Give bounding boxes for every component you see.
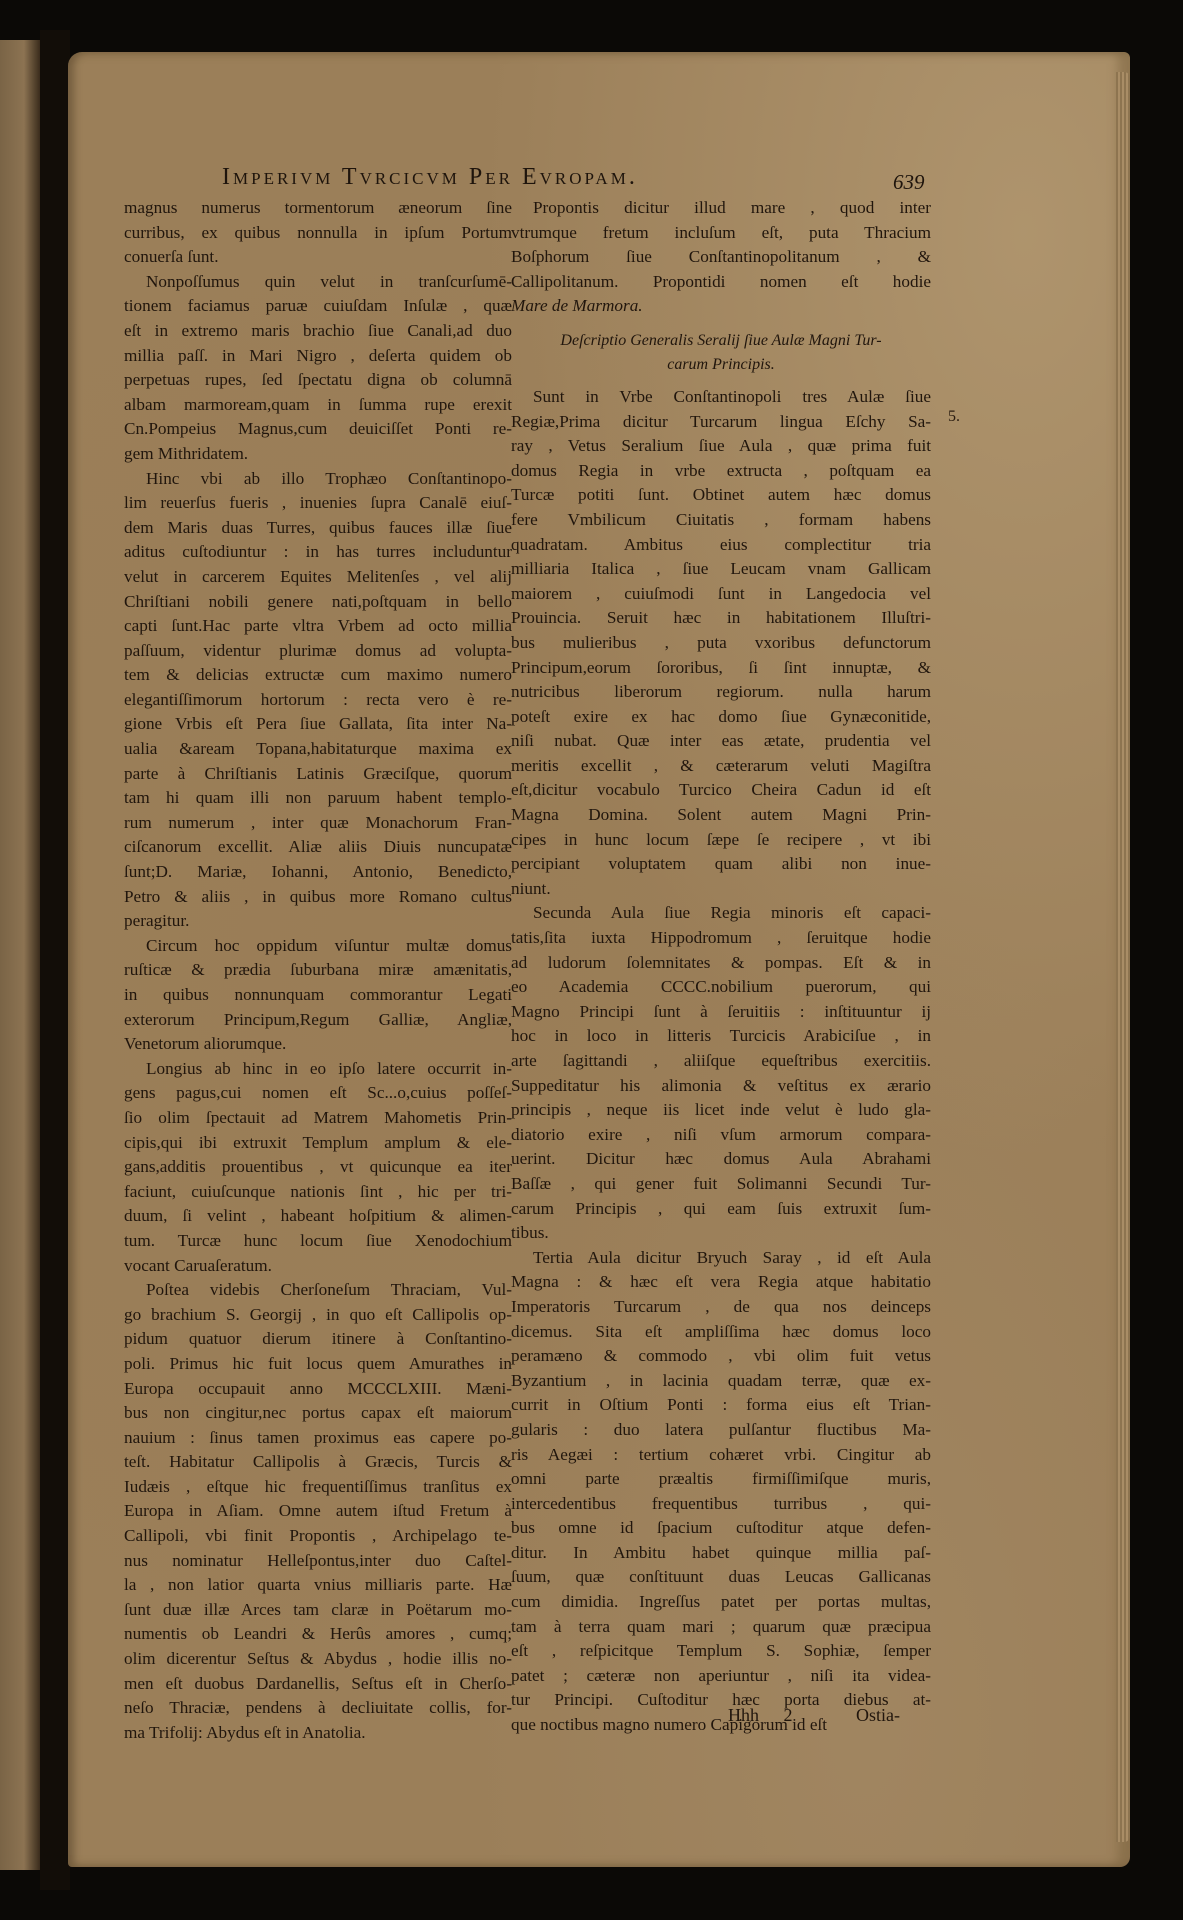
text-line: lim reuerſus fueris , inuenies ſupra Can… — [124, 491, 512, 516]
text-line: gens pagus,cui nomen eſt Sc...o,cuius po… — [124, 1081, 512, 1106]
text-line: poteſt exire ex hac domo ſiue Gynæconiti… — [511, 705, 931, 730]
text-line: milliaria Italica , ſiue Leucam vnam Gal… — [511, 557, 931, 582]
text-line: men eſt duobus Dardanellis, Seſtus eſt i… — [124, 1672, 512, 1697]
text-line: carum Principis , qui eam ſuis extruxit … — [511, 1197, 931, 1222]
text-line: vtrumque fretum incluſum eſt, puta Thrac… — [511, 221, 931, 246]
text-line: perpetuas rupes, ſed ſpectatu digna ob c… — [124, 368, 512, 393]
text-line: domus Regia in vrbe extructa , poſtquam … — [511, 459, 931, 484]
text-line: eſt in extremo maris brachio ſiue Canali… — [124, 319, 512, 344]
text-line: gem Mithridatem. — [124, 442, 512, 467]
book-gutter — [40, 30, 70, 1890]
text-line: Chriſtiani nobili genere nati,poſtquam i… — [124, 590, 512, 615]
text-line: olim dicerentur Seſtus & Abydus , hodie … — [124, 1647, 512, 1672]
text-line: eo Academia CCCC.nobilium puerorum, qui — [511, 975, 931, 1000]
text-line: paſſuum, videntur plurimæ domus ad volup… — [124, 639, 512, 664]
text-line: arte ſagittandi , aliiſque equeſtribus e… — [511, 1049, 931, 1074]
text-line: ualia &aream Topana,habitaturque maxima … — [124, 737, 512, 762]
text-line: currit in Oſtium Ponti : forma eius eſt … — [511, 1393, 931, 1418]
text-line: Callipolitanum. Propontidi nomen eſt hod… — [511, 270, 931, 295]
text-line: niſi nubat. Quæ inter eas ætate, prudent… — [511, 729, 931, 754]
text-line: Nonpoſſumus quin velut in tranſcurſumē- — [124, 270, 512, 295]
text-line: ray , Vetus Seralium ſiue Aula , quæ pri… — [511, 434, 931, 459]
text-line: tem & delicias extructæ cum maximo numer… — [124, 663, 512, 688]
text-line: Suppeditatur his alimonia & veſtitus ex … — [511, 1074, 931, 1099]
text-line: neſo Thraciæ, pendens à decliuitate coll… — [124, 1696, 512, 1721]
text-line: ſunt duæ illæ Arces tam claræ in Poëtaru… — [124, 1598, 512, 1623]
text-line: ciſcanorum excellit. Aliæ aliis Diuis nu… — [124, 835, 512, 860]
text-line: magnus numerus tormentorum æneorum ſine — [124, 196, 512, 221]
text-line: dicemus. Sita eſt ampliſſima hæc domus l… — [511, 1320, 931, 1345]
text-line: Mare de Marmora. — [511, 294, 931, 319]
text-line: gularis : duo latera pulſantur fluctibus… — [511, 1418, 931, 1443]
text-line: bus omne id ſpacium cuſtoditur atque def… — [511, 1516, 931, 1541]
text-line: principis , neque iis licet inde velut è… — [511, 1098, 931, 1123]
text-line: tionem faciamus paruæ cuiuſdam Inſulæ , … — [124, 294, 512, 319]
text-line: Propontis dicitur illud mare , quod inte… — [511, 196, 931, 221]
text-line: peramæno & commodo , vbi olim fuit vetus — [511, 1344, 931, 1369]
left-column: magnus numerus tormentorum æneorum ſinec… — [124, 196, 512, 1745]
text-line: Magna Domina. Solent autem Magni Prin- — [511, 803, 931, 828]
previous-page-edge — [0, 40, 40, 1870]
text-line: tibus. — [511, 1221, 931, 1246]
section-heading: Deſcriptio Generalis Seralij ſiue Aulæ M… — [511, 329, 931, 377]
text-line: Principum,eorum ſororibus, ſi ſint innup… — [511, 656, 931, 681]
text-line: exterorum Principum,Regum Galliæ, Angliæ… — [124, 1008, 512, 1033]
text-line: intercedentibus frequentibus turribus , … — [511, 1492, 931, 1517]
text-line: Circum hoc oppidum viſuntur multæ domus — [124, 934, 512, 959]
text-line: Tertia Aula dicitur Bryuch Saray , id eſ… — [511, 1246, 931, 1271]
signature-mark: Hhh 2 — [728, 1705, 793, 1726]
text-line: capti ſunt.Hac parte vltra Vrbem ad octo… — [124, 614, 512, 639]
text-line: niunt. — [511, 877, 931, 902]
text-line: ruſticæ & prædia ſuburbana miræ amænitat… — [124, 958, 512, 983]
text-line: albam marmoream,quam in ſumma rupe erexi… — [124, 393, 512, 418]
text-line: tum. Turcæ hunc locum ſiue Xenodochium — [124, 1229, 512, 1254]
paragraph-prima-aula: Sunt in Vrbe Conſtantinopoli tres Aulæ ſ… — [511, 385, 931, 901]
text-line: ditur. In Ambitu habet quinque millia pa… — [511, 1541, 931, 1566]
text-line: bus non cingitur,nec portus capax eſt ma… — [124, 1401, 512, 1426]
text-line: Magna : & hæc eſt vera Regia atque habit… — [511, 1270, 931, 1295]
text-line: ad ludorum ſolemnitates & pompas. Eſt & … — [511, 951, 931, 976]
text-line: Poſtea videbis Cherſoneſum Thraciam, Vul… — [124, 1278, 512, 1303]
text-line: ma Trifolij: Abydus eſt in Anatolia. — [124, 1721, 512, 1746]
text-line: Imperatoris Turcarum , de qua nos deince… — [511, 1295, 931, 1320]
text-line: quadratam. Ambitus eius complectitur tri… — [511, 533, 931, 558]
text-line: gans,additis prouentibus , vt quicunque … — [124, 1155, 512, 1180]
text-line: nus nominatur Helleſpontus,inter duo Caſ… — [124, 1549, 512, 1574]
text-line: nauium : ſinus tamen proximus eas capere… — [124, 1426, 512, 1451]
heading-line: Deſcriptio Generalis Seralij ſiue Aulæ M… — [511, 329, 931, 353]
text-line: Venetorum aliorumque. — [124, 1032, 512, 1057]
text-line: bus mulieribus , puta vxoribus defunctor… — [511, 631, 931, 656]
text-line: Baſſæ , qui gener fuit Solimanni Secundi… — [511, 1172, 931, 1197]
text-line: fere Vmbilicum Ciuitatis , formam habens — [511, 508, 931, 533]
text-line: millia paſſ. in Mari Nigro , deſerta qui… — [124, 344, 512, 369]
text-line: cipis,qui ibi extruxit Templum amplum & … — [124, 1131, 512, 1156]
text-line: uerint. Dicitur hæc domus Aula Abrahami — [511, 1147, 931, 1172]
paragraph-tertia-aula: Tertia Aula dicitur Bryuch Saray , id eſ… — [511, 1246, 931, 1738]
text-line: teſt. Habitatur Callipolis à Græcis, Tur… — [124, 1450, 512, 1475]
text-line: Iudæis , eſtque hic frequentiſſimus tran… — [124, 1475, 512, 1500]
text-line: ſunt;D. Mariæ, Iohanni, Antonio, Benedic… — [124, 860, 512, 885]
text-line: meritis excellit , & cæterarum veluti Ma… — [511, 754, 931, 779]
text-line: Europa in Aſiam. Omne autem iſtud Fretum… — [124, 1499, 512, 1524]
text-line: hoc in loco in litteris Turcicis Arabici… — [511, 1024, 931, 1049]
text-line: peragitur. — [124, 909, 512, 934]
text-line: pidum quatuor dierum itinere à Conſtanti… — [124, 1327, 512, 1352]
text-line: la , non latior quarta vnius milliaris p… — [124, 1573, 512, 1598]
catchword: Ostia- — [856, 1705, 900, 1726]
text-line: conuerſa ſunt. — [124, 245, 512, 270]
page-number: 639 — [893, 170, 925, 195]
text-line: go brachium S. Georgij , in quo eſt Call… — [124, 1303, 512, 1328]
text-line: ſuum, quæ conſtituunt duas Leucas Gallic… — [511, 1565, 931, 1590]
text-line: faciunt, cuiuſcunque nationis ſint , hic… — [124, 1180, 512, 1205]
text-line: Byzantium , in lacinia quadam terræ, quæ… — [511, 1369, 931, 1394]
margin-mark: 5. — [948, 408, 960, 426]
text-line: aditus cuſtodiuntur : in has turres incl… — [124, 540, 512, 565]
text-line: Secunda Aula ſiue Regia minoris eſt capa… — [511, 901, 931, 926]
text-line: cipes in hunc locum ſæpe ſe recipere , v… — [511, 828, 931, 853]
text-line: nutricibus liberorum regiorum. nulla har… — [511, 680, 931, 705]
text-line: Hinc vbi ab illo Trophæo Conſtantinopo- — [124, 467, 512, 492]
text-line: Cn.Pompeius Magnus,cum deuiciſſet Ponti … — [124, 417, 512, 442]
page-fore-edge — [1116, 72, 1130, 1842]
text-line: omni parte præaltis firmiſſimiſque muris… — [511, 1467, 931, 1492]
text-line: Callipoli, vbi finit Propontis , Archipe… — [124, 1524, 512, 1549]
text-line: parte à Chriſtianis Latinis Græciſque, q… — [124, 762, 512, 787]
text-line: elegantiſſimorum hortorum : recta vero è… — [124, 688, 512, 713]
text-line: Prouincia. Seruit hæc in habitationem Il… — [511, 606, 931, 631]
text-line: Petro & aliis , in quibus more Romano cu… — [124, 885, 512, 910]
paragraph-propontis: Propontis dicitur illud mare , quod inte… — [511, 196, 931, 319]
text-line: eſt , reſpicitque Templum S. Sophiæ, ſem… — [511, 1639, 931, 1664]
text-line: Regiæ,Prima dicitur Turcarum lingua Eſch… — [511, 410, 931, 435]
text-line: eſt,dicitur vocabulo Turcico Cheira Cadu… — [511, 778, 931, 803]
text-line: tatis,ſita iuxta Hippodromum , ſeruitque… — [511, 926, 931, 951]
text-line: cum dimidia. Ingreſſus patet per portas … — [511, 1590, 931, 1615]
text-line: numentis ob Leandri & Herûs amores , cum… — [124, 1622, 512, 1647]
text-line: maiorem , cuiuſmodi ſunt in Langedocia v… — [511, 582, 931, 607]
text-line: tam à terra quam mari ; quarum quæ præci… — [511, 1615, 931, 1640]
text-line: in quibus nonnunquam commorantur Legati — [124, 983, 512, 1008]
text-line: dem Maris duas Turres, quibus fauces ill… — [124, 516, 512, 541]
running-head: Imperivm Tvrcicvm Per Evropam. — [222, 164, 782, 191]
text-line: percipiant voluptatem quam alibi non inu… — [511, 852, 931, 877]
text-line: patet ; cæteræ non aperiuntur , niſi ita… — [511, 1664, 931, 1689]
text-line: Turcæ potiti ſunt. Obtinet autem hæc dom… — [511, 483, 931, 508]
paragraph-secunda-aula: Secunda Aula ſiue Regia minoris eſt capa… — [511, 901, 931, 1245]
text-line: Boſphorum ſiue Conſtantinopolitanum , & — [511, 245, 931, 270]
text-line: curribus, ex quibus nonnulla in ipſum Po… — [124, 221, 512, 246]
text-line: Longius ab hinc in eo ipſo latere occurr… — [124, 1057, 512, 1082]
text-line: vocant Caruaſeratum. — [124, 1254, 512, 1279]
heading-line: carum Principis. — [511, 353, 931, 377]
text-line: Sunt in Vrbe Conſtantinopoli tres Aulæ ſ… — [511, 385, 931, 410]
text-line: Magno Principi ſunt à ſeruitiis : inſtit… — [511, 1000, 931, 1025]
text-line: tam hi quam illi non paruum habent templ… — [124, 786, 512, 811]
text-line: diatorio exire , niſi vſum armorum compa… — [511, 1123, 931, 1148]
text-line: velut in carcerem Equites Melitenſes , v… — [124, 565, 512, 590]
right-column: Propontis dicitur illud mare , quod inte… — [511, 196, 931, 1738]
text-line: ſio olim ſpectauit ad Matrem Mahometis P… — [124, 1106, 512, 1131]
text-line: rum numerum , inter quæ Monachorum Fran- — [124, 811, 512, 836]
text-line: Europa occupauit anno MCCCLXIII. Mæni- — [124, 1377, 512, 1402]
text-line: duum, ſi velint , habeant hoſpitium & al… — [124, 1204, 512, 1229]
text-line: ris Aegæi : tertium cohæret vrbi. Cingit… — [511, 1443, 931, 1468]
text-line: poli. Primus hic fuit locus quem Amurath… — [124, 1352, 512, 1377]
text-line: gione Vrbis eſt Pera ſiue Gallata, ſita … — [124, 712, 512, 737]
